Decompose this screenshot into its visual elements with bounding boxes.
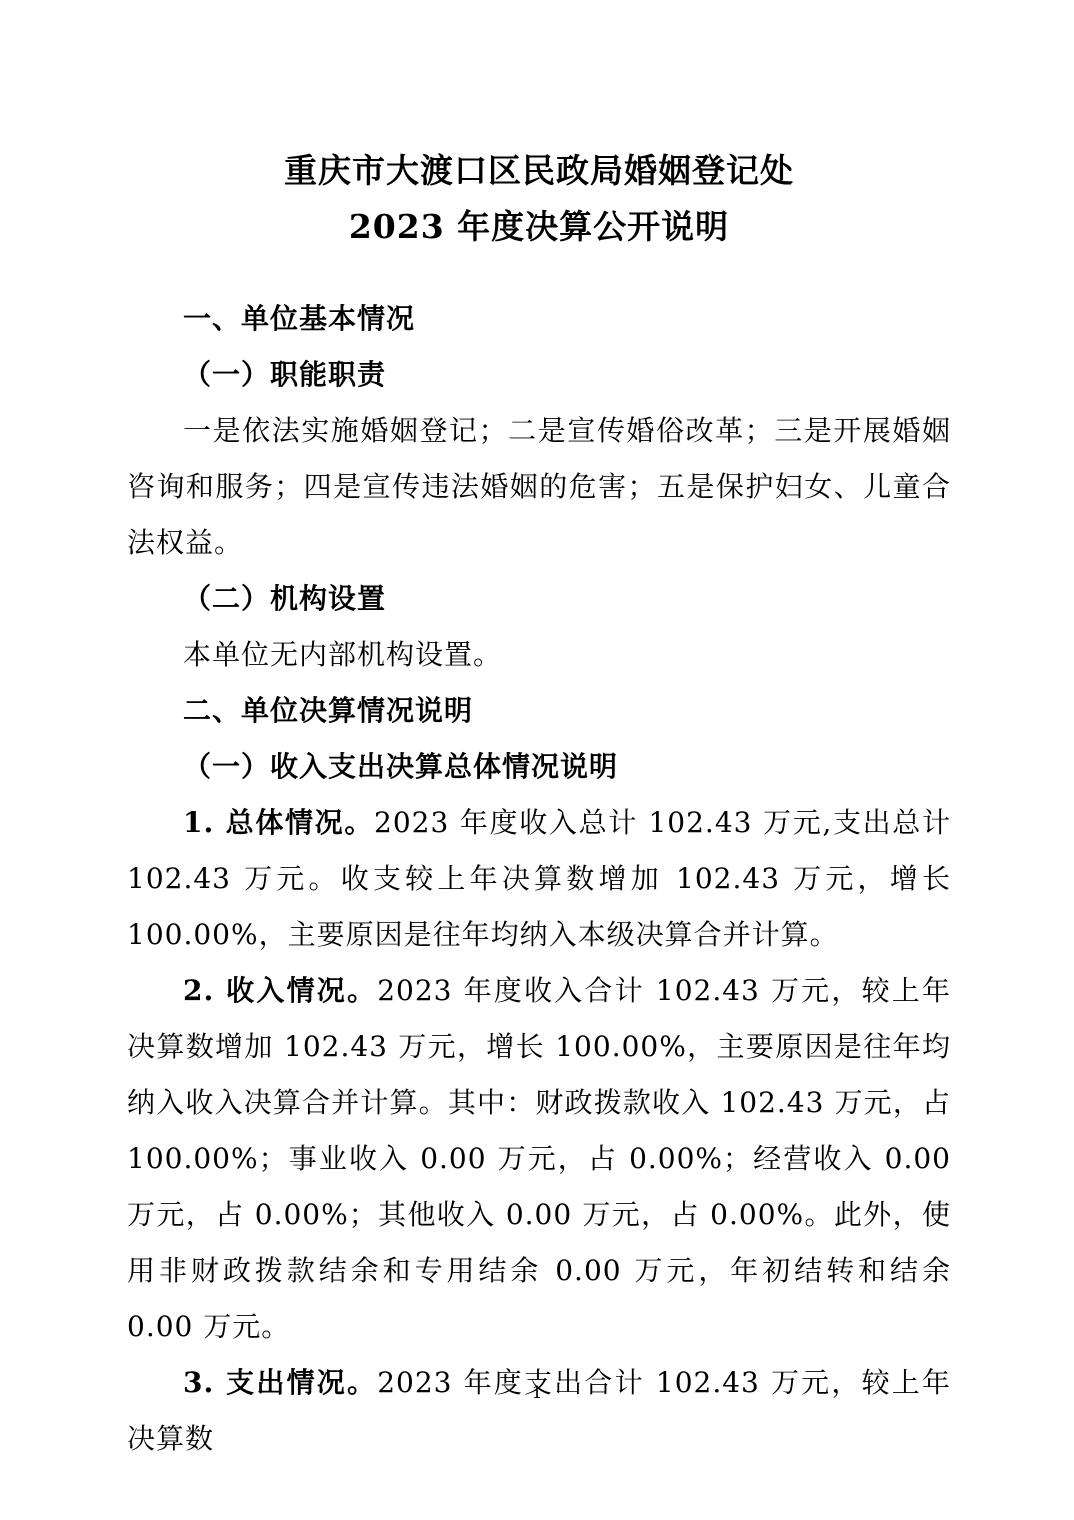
document-title: 重庆市大渡口区民政局婚姻登记处 2023 年度决算公开说明 <box>127 143 951 255</box>
paragraph-income-situation: 2. 收入情况。2023 年度收入合计 102.43 万元，较上年决算数增加 1… <box>127 963 951 1355</box>
document-content: 重庆市大渡口区民政局婚姻登记处 2023 年度决算公开说明 一、单位基本情况 （… <box>127 143 951 1467</box>
paragraph-income-situation-lead: 2. 收入情况。 <box>183 974 377 1007</box>
paragraph-org-structure: 本单位无内部机构设置。 <box>127 627 951 683</box>
heading-income-expense-overview: （一）收入支出决算总体情况说明 <box>127 739 951 795</box>
paragraph-overall-situation: 1. 总体情况。2023 年度收入总计 102.43 万元,支出总计 102.4… <box>127 795 951 963</box>
heading-org-structure: （二）机构设置 <box>127 571 951 627</box>
heading-final-accounts-explanation: 二、单位决算情况说明 <box>127 683 951 739</box>
paragraph-functions-duties: 一是依法实施婚姻登记；二是宣传婚俗改革；三是开展婚姻咨询和服务；四是宣传违法婚姻… <box>127 403 951 571</box>
document-title-line1: 重庆市大渡口区民政局婚姻登记处 <box>127 143 951 199</box>
document-page: 重庆市大渡口区民政局婚姻登记处 2023 年度决算公开说明 一、单位基本情况 （… <box>0 0 1074 1520</box>
paragraph-income-situation-text: 2023 年度收入合计 102.43 万元，较上年决算数增加 102.43 万元… <box>127 974 951 1343</box>
page-number: 1 <box>0 1382 1074 1404</box>
heading-unit-basic-info: 一、单位基本情况 <box>127 291 951 347</box>
document-title-line2: 2023 年度决算公开说明 <box>127 199 951 255</box>
paragraph-expenditure-situation: 3. 支出情况。2023 年度支出合计 102.43 万元，较上年决算数 <box>127 1355 951 1467</box>
paragraph-overall-situation-lead: 1. 总体情况。 <box>183 806 374 839</box>
heading-functions-duties: （一）职能职责 <box>127 347 951 403</box>
